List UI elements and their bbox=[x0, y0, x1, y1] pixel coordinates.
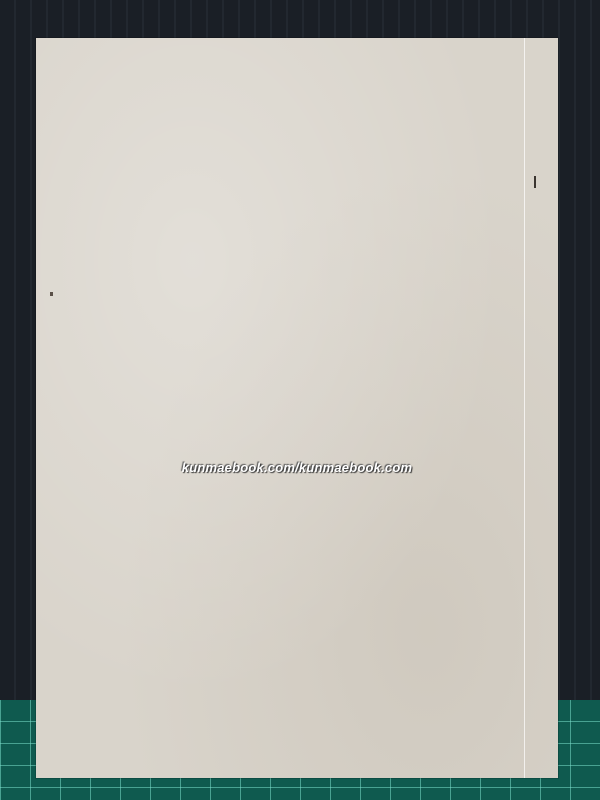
spine-fold-line bbox=[524, 38, 525, 778]
watermark-text: kunmaebook.com/kunmaebook.com bbox=[36, 460, 558, 475]
paper-speck bbox=[50, 292, 53, 296]
book-back-cover: kunmaebook.com/kunmaebook.com bbox=[36, 38, 558, 778]
staple-mark bbox=[534, 176, 536, 188]
